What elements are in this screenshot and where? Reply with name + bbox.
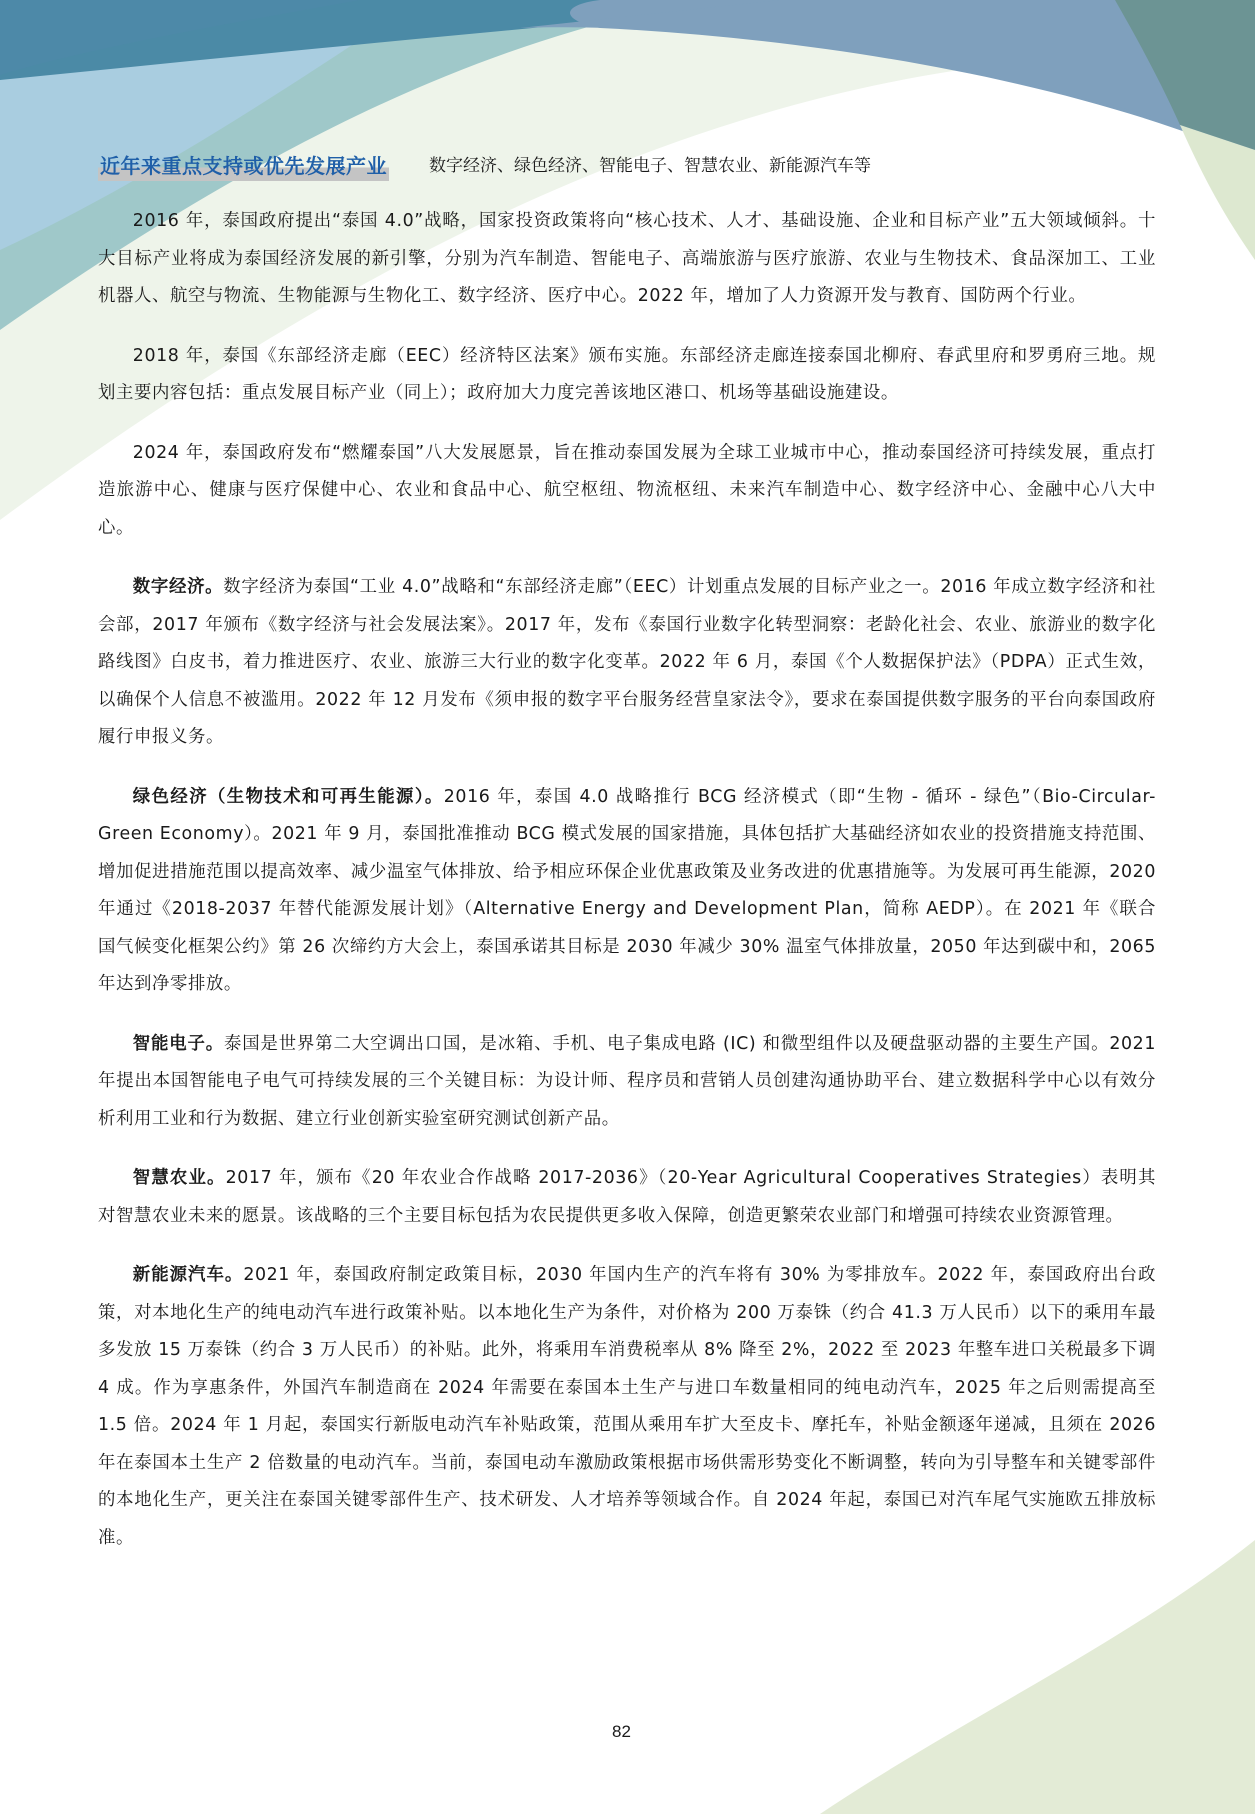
paragraph-eec: 2018 年，泰国《东部经济走廊（EEC）经济特区法案》颁布实施。东部经济走廊连…: [98, 338, 1156, 413]
paragraph-lead: 数字经济。: [133, 577, 223, 597]
paragraph-new-energy-vehicles: 新能源汽车。2021 年，泰国政府制定政策目标，2030 年国内生产的汽车将有 …: [98, 1257, 1156, 1557]
paragraph-ignite-thailand: 2024 年，泰国政府发布“燃耀泰国”八大发展愿景，旨在推动泰国发展为全球工业城…: [98, 435, 1156, 548]
document-page: 近年来重点支持或优先发展产业 数字经济、绿色经济、智能电子、智慧农业、新能源汽车…: [98, 145, 1156, 1579]
paragraph-lead: 绿色经济（生物技术和可再生能源）。: [133, 787, 444, 807]
section-heading: 近年来重点支持或优先发展产业: [98, 151, 389, 181]
page-number: 82: [612, 1722, 631, 1742]
paragraph-green-economy: 绿色经济（生物技术和可再生能源）。2016 年，泰国 4.0 战略推行 BCG …: [98, 779, 1156, 1004]
deco-sage-bottom: [820, 1540, 1255, 1814]
section-heading-value: 数字经济、绿色经济、智能电子、智慧农业、新能源汽车等: [429, 151, 871, 181]
heading-row: 近年来重点支持或优先发展产业 数字经济、绿色经济、智能电子、智慧农业、新能源汽车…: [98, 145, 1156, 181]
paragraph-smart-agriculture: 智慧农业。2017 年，颁布《20 年农业合作战略 2017-2036》（20-…: [98, 1160, 1156, 1235]
paragraph-thailand-4-0: 2016 年，泰国政府提出“泰国 4.0”战略，国家投资政策将向“核心技术、人才…: [98, 203, 1156, 316]
paragraph-lead: 智慧农业。: [133, 1168, 226, 1188]
paragraph-lead: 新能源汽车。: [133, 1265, 244, 1285]
paragraph-digital-economy: 数字经济。数字经济为泰国“工业 4.0”战略和“东部经济走廊”（EEC）计划重点…: [98, 569, 1156, 757]
paragraph-smart-electronics: 智能电子。泰国是世界第二大空调出口国，是冰箱、手机、电子集成电路 (IC) 和微…: [98, 1026, 1156, 1139]
paragraph-lead: 智能电子。: [133, 1034, 224, 1054]
